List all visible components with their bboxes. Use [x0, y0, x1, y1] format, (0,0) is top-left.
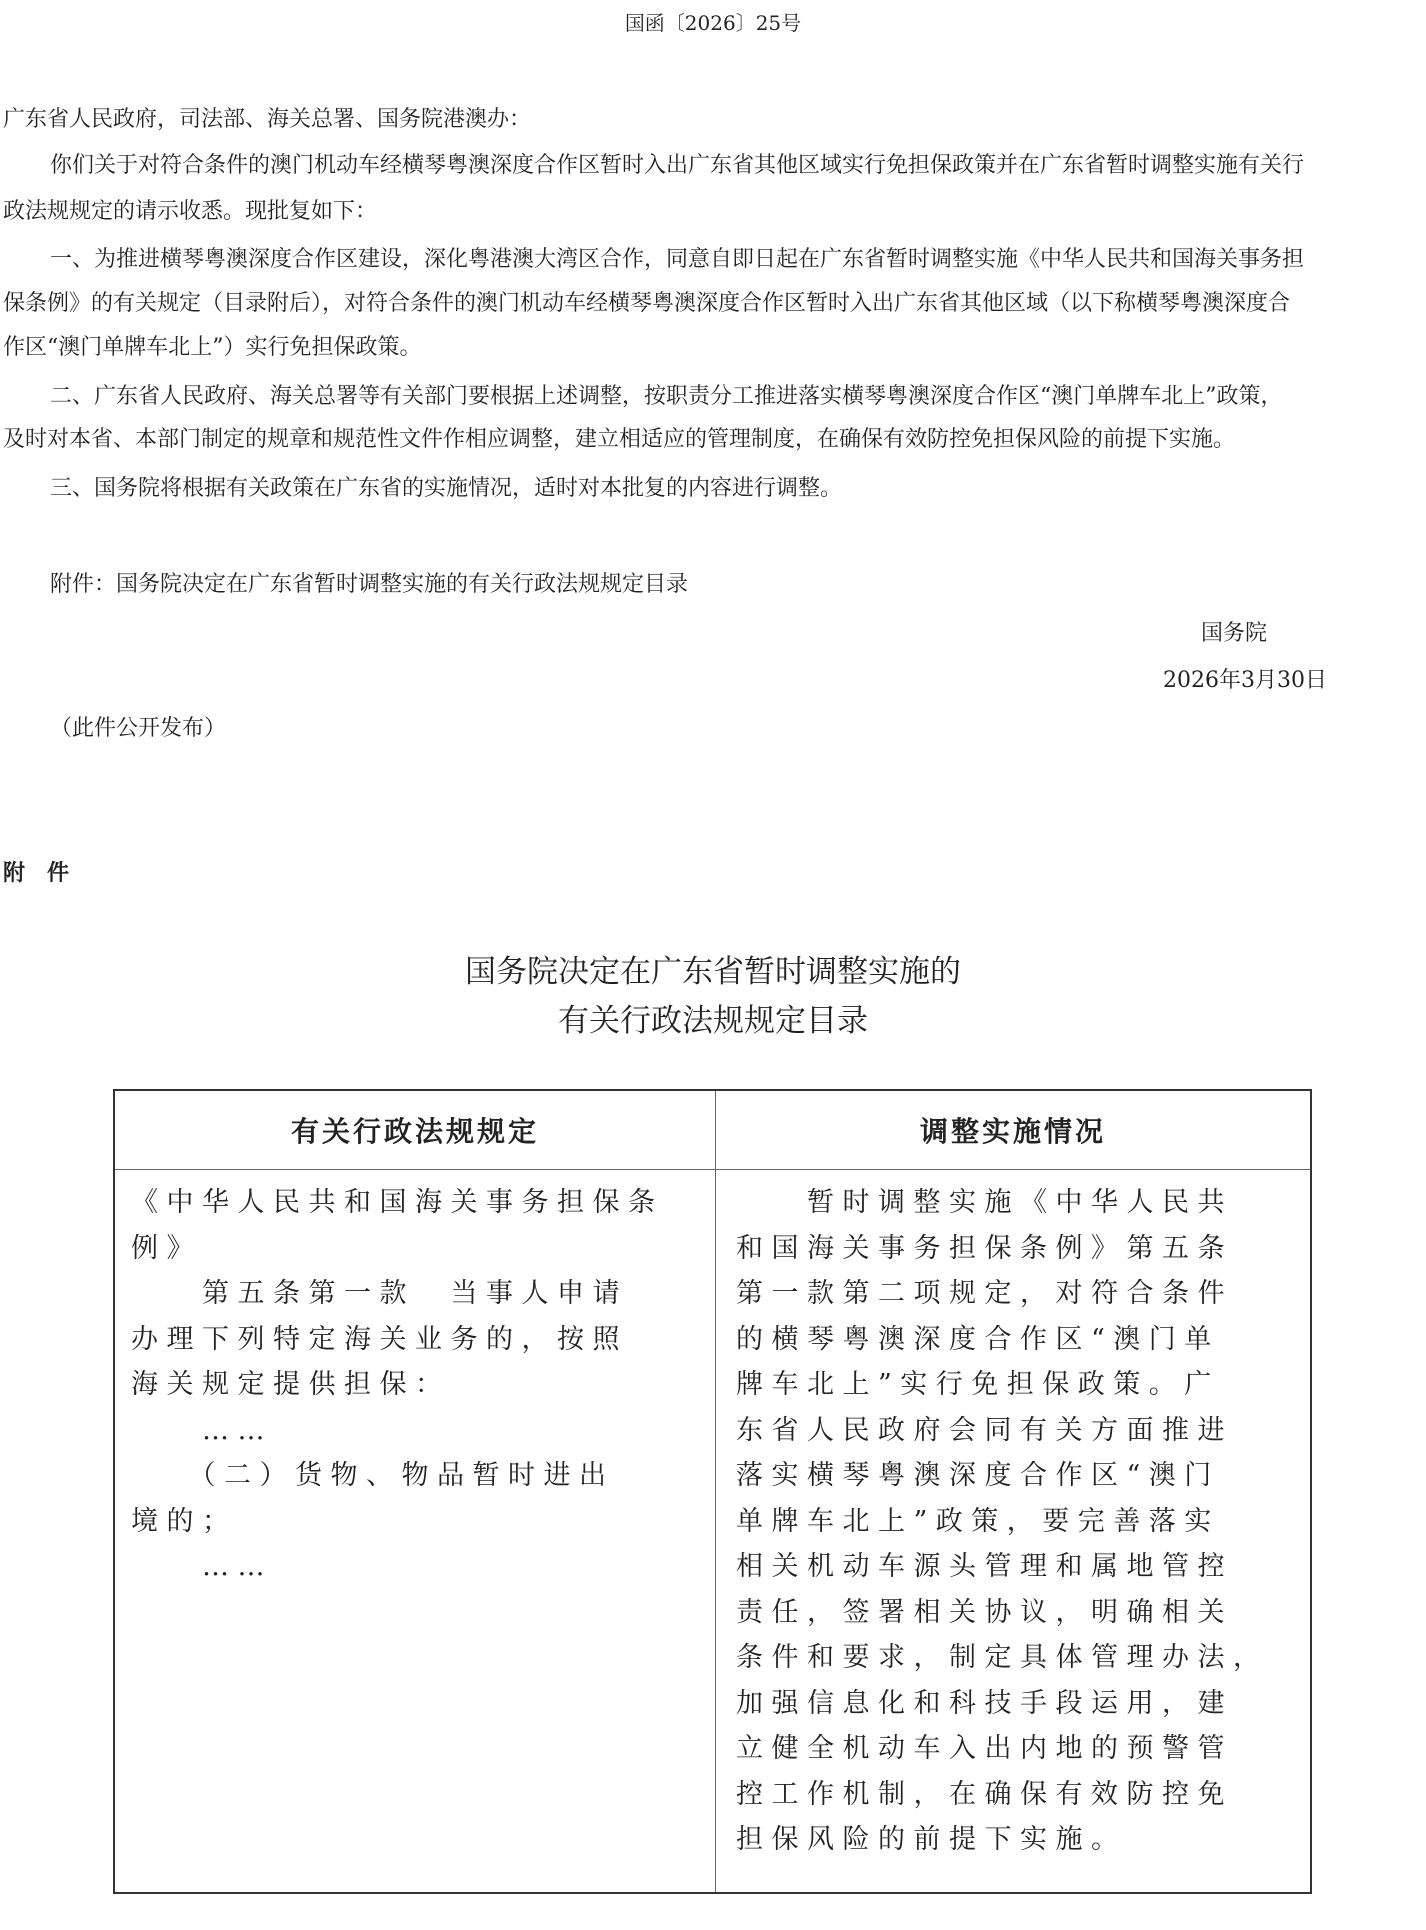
adjustment-cell: 暂时调整实施《中华人民共和国海关事务担保条例》第五条第一款第二项规定，对符合条件… — [716, 1170, 1312, 1894]
cell-line: 境的； — [131, 1499, 715, 1545]
attachment-title-line: 国务院决定在广东省暂时调整实施的 — [0, 952, 1426, 992]
cell-line: 第一款第二项规定，对符合条件 — [736, 1271, 1310, 1317]
cell-line: 责任，签署相关协议，明确相关 — [736, 1590, 1310, 1636]
cell-line: 相关机动车源头管理和属地管控 — [736, 1544, 1310, 1590]
cell-line: 东省人民政府会同有关方面推进 — [736, 1408, 1310, 1454]
paragraph-line: 作区“澳门单牌车北上”）实行免担保政策。 — [3, 333, 422, 363]
cell-line: 控工作机制，在确保有效防控免 — [736, 1772, 1310, 1818]
publication-note: （此件公开发布） — [50, 714, 226, 744]
cell-line: 单牌车北上”政策，要完善落实 — [736, 1499, 1310, 1545]
cell-line: 《中华人民共和国海关事务担保条 — [131, 1180, 715, 1226]
cell-line: 和国海关事务担保条例》第五条 — [736, 1226, 1310, 1272]
date: 2026年3月30日 — [1163, 666, 1327, 696]
addressees: 广东省人民政府，司法部、海关总署、国务院港澳办： — [3, 105, 531, 135]
cell-line: 的横琴粤澳深度合作区“澳门单 — [736, 1317, 1310, 1363]
regulations-table: 有关行政法规规定 调整实施情况 《中华人民共和国海关事务担保条例》 第五条第一款… — [113, 1089, 1312, 1894]
document-number: 国函〔2026〕25号 — [0, 8, 1426, 38]
cell-line: 暂时调整实施《中华人民共 — [736, 1180, 1310, 1226]
attachment-title-line: 有关行政法规规定目录 — [0, 1001, 1426, 1041]
cell-line: 条件和要求，制定具体管理办法， — [736, 1635, 1310, 1681]
column-header-regulation: 有关行政法规规定 — [114, 1090, 716, 1170]
column-header-adjustment: 调整实施情况 — [716, 1090, 1312, 1170]
table-row: 《中华人民共和国海关事务担保条例》 第五条第一款 当事人申请办理下列特定海关业务… — [114, 1170, 1311, 1894]
cell-line: 落实横琴粤澳深度合作区“澳门 — [736, 1453, 1310, 1499]
paragraph-line: 及时对本省、本部门制定的规章和规范性文件作相应调整，建立相适应的管理制度，在确保… — [3, 425, 1235, 455]
cell-line: 加强信息化和科技手段运用，建 — [736, 1681, 1310, 1727]
cell-line: 担保风险的前提下实施。 — [736, 1817, 1310, 1863]
cell-line: 第五条第一款 当事人申请 — [131, 1271, 715, 1317]
cell-line: 立健全机动车入出内地的预警管 — [736, 1726, 1310, 1772]
paragraph-line: 政法规规定的请示收悉。现批复如下： — [3, 197, 377, 227]
cell-line: 牌车北上”实行免担保政策。广 — [736, 1362, 1310, 1408]
paragraph-line: 一、为推进横琴粤澳深度合作区建设，深化粤港澳大湾区合作，同意自即日起在广东省暂时… — [50, 245, 1304, 275]
signature: 国务院 — [1201, 619, 1267, 649]
paragraph-line: 保条例》的有关规定（目录附后），对符合条件的澳门机动车经横琴粤澳深度合作区暂时入… — [3, 289, 1290, 319]
paragraph-line: 二、广东省人民政府、海关总署等有关部门要根据上述调整，按职责分工推进落实横琴粤澳… — [50, 382, 1283, 412]
paragraph-line: 你们关于对符合条件的澳门机动车经横琴粤澳深度合作区暂时入出广东省其他区域实行免担… — [50, 151, 1304, 181]
table-header-row: 有关行政法规规定 调整实施情况 — [114, 1090, 1311, 1170]
cell-line: …… — [131, 1544, 715, 1590]
cell-line: …… — [131, 1408, 715, 1454]
attachment-note: 附件：国务院决定在广东省暂时调整实施的有关行政法规规定目录 — [50, 570, 688, 600]
attachment-label: 附件 — [3, 858, 91, 888]
cell-line: 例》 — [131, 1226, 715, 1272]
cell-line: 海关规定提供担保： — [131, 1362, 715, 1408]
regulation-cell: 《中华人民共和国海关事务担保条例》 第五条第一款 当事人申请办理下列特定海关业务… — [114, 1170, 716, 1894]
paragraph-line: 三、国务院将根据有关政策在广东省的实施情况，适时对本批复的内容进行调整。 — [50, 474, 842, 504]
cell-line: （二）货物、物品暂时进出 — [131, 1453, 715, 1499]
cell-line: 办理下列特定海关业务的，按照 — [131, 1317, 715, 1363]
